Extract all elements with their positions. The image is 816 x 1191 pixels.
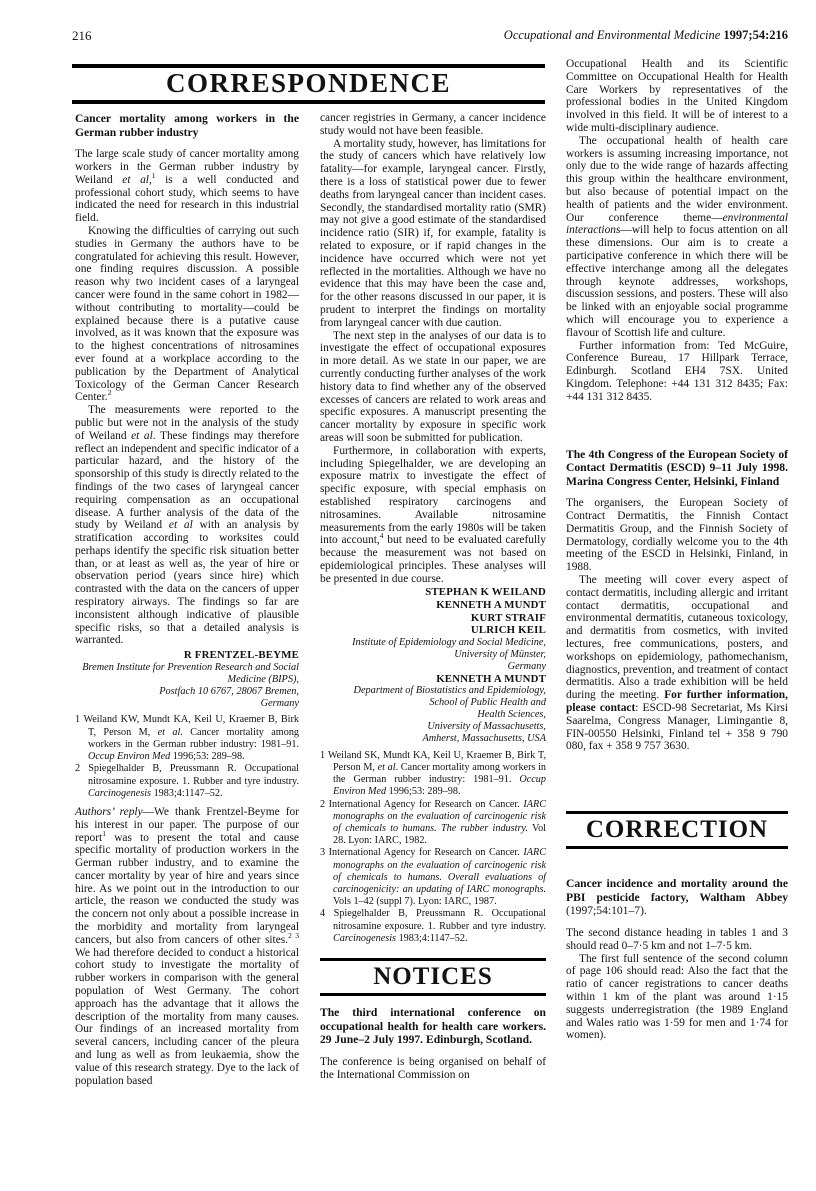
letter-heading: Cancer incidence and mortality around th…: [566, 877, 788, 918]
journal-page: { "header": { "page_number": "216", "cit…: [0, 0, 816, 1191]
signature-name: STEPHAN K WEILAND: [320, 586, 546, 599]
signature-affiliation: Bremen Institute for Prevention Research…: [75, 662, 299, 674]
section-title: CORRECTION: [566, 816, 788, 843]
column-middle: cancer registries in Germany, a cancer i…: [320, 112, 546, 1081]
signature-affiliation: Institute of Epidemiology and Social Med…: [320, 637, 546, 649]
paragraph: The organisers, the European Society of …: [566, 497, 788, 574]
letter-heading: The third international conference on oc…: [320, 1006, 546, 1047]
signature-affiliation: School of Public Health and: [320, 697, 546, 709]
signature-affiliation: University of Massachusetts,: [320, 721, 546, 733]
signature-affiliation: Department of Biostatistics and Epidemio…: [320, 685, 546, 697]
signature-block: R FRENTZEL-BEYMEBremen Institute for Pre…: [75, 649, 299, 709]
journal-issue-ref: 1997;54:216: [720, 28, 788, 42]
page-number: 216: [72, 28, 92, 44]
signature-name: ULRICH KEIL: [320, 624, 546, 637]
section-title: NOTICES: [320, 963, 546, 990]
reference-item: 1 Weiland SK, Mundt KA, Keil U, Kraemer …: [320, 750, 546, 799]
paragraph: The first full sentence of the second co…: [566, 953, 788, 1043]
signature-affiliation: Amherst, Massachusetts, USA: [320, 733, 546, 745]
signature-name: R FRENTZEL-BEYME: [75, 649, 299, 662]
paragraph: cancer registries in Germany, a cancer i…: [320, 112, 546, 138]
letter-heading: Cancer mortality among workers in the Ge…: [75, 112, 299, 139]
reference-item: 1 Weiland KW, Mundt KA, Keil U, Kraemer …: [75, 714, 299, 763]
paragraph: The meeting will cover every aspect of c…: [566, 574, 788, 753]
correction-banner: CORRECTION: [566, 811, 788, 849]
column-left: Cancer mortality among workers in the Ge…: [75, 112, 299, 1087]
paragraph: The conference is being organised on beh…: [320, 1056, 546, 1082]
column-right: Occupational Health and its Scientific C…: [566, 58, 788, 1042]
signature-affiliation: Postfach 10 6767, 28067 Bremen,: [75, 686, 299, 698]
paragraph: The occupational health of health care w…: [566, 135, 788, 340]
paragraph: The measurements were reported to the pu…: [75, 404, 299, 647]
signature-affiliation: Medicine (BIPS),: [75, 674, 299, 686]
paragraph: A mortality study, however, has limitati…: [320, 138, 546, 330]
signature-name: KENNETH A MUNDT: [320, 673, 546, 686]
reference-item: 2 Spiegelhalder B, Preussmann R. Occupat…: [75, 763, 299, 800]
paragraph: The next step in the analyses of our dat…: [320, 330, 546, 445]
signature-name: KURT STRAIF: [320, 612, 546, 625]
signature-affiliation: Germany: [75, 698, 299, 710]
reference-item: 2 International Agency for Research on C…: [320, 799, 546, 848]
signature-block: STEPHAN K WEILANDKENNETH A MUNDTKURT STR…: [320, 586, 546, 744]
letter-heading: The 4th Congress of the European Society…: [566, 448, 788, 489]
paragraph: Authors’ reply—We thank Frentzel-Beyme f…: [75, 806, 299, 1088]
paragraph: Furthermore, in collaboration with exper…: [320, 445, 546, 586]
paragraph: Knowing the difficulties of carrying out…: [75, 225, 299, 404]
paragraph: Further information from: Ted McGuire, C…: [566, 340, 788, 404]
journal-title: Occupational and Environmental Medicine: [504, 28, 721, 42]
signature-affiliation: Germany: [320, 661, 546, 673]
correspondence-banner: CORRESPONDENCE: [72, 64, 545, 104]
signature-name: KENNETH A MUNDT: [320, 599, 546, 612]
signature-affiliation: Health Sciences,: [320, 709, 546, 721]
paragraph: The large scale study of cancer mortalit…: [75, 148, 299, 225]
section-title: CORRESPONDENCE: [72, 70, 545, 97]
reference-item: 3 International Agency for Research on C…: [320, 847, 546, 908]
journal-citation: Occupational and Environmental Medicine …: [504, 28, 788, 43]
notices-banner: NOTICES: [320, 958, 546, 996]
paragraph: The second distance heading in tables 1 …: [566, 927, 788, 953]
paragraph: Occupational Health and its Scientific C…: [566, 58, 788, 135]
signature-affiliation: University of Münster,: [320, 649, 546, 661]
reference-item: 4 Spiegelhalder B, Preussmann R. Occupat…: [320, 908, 546, 945]
